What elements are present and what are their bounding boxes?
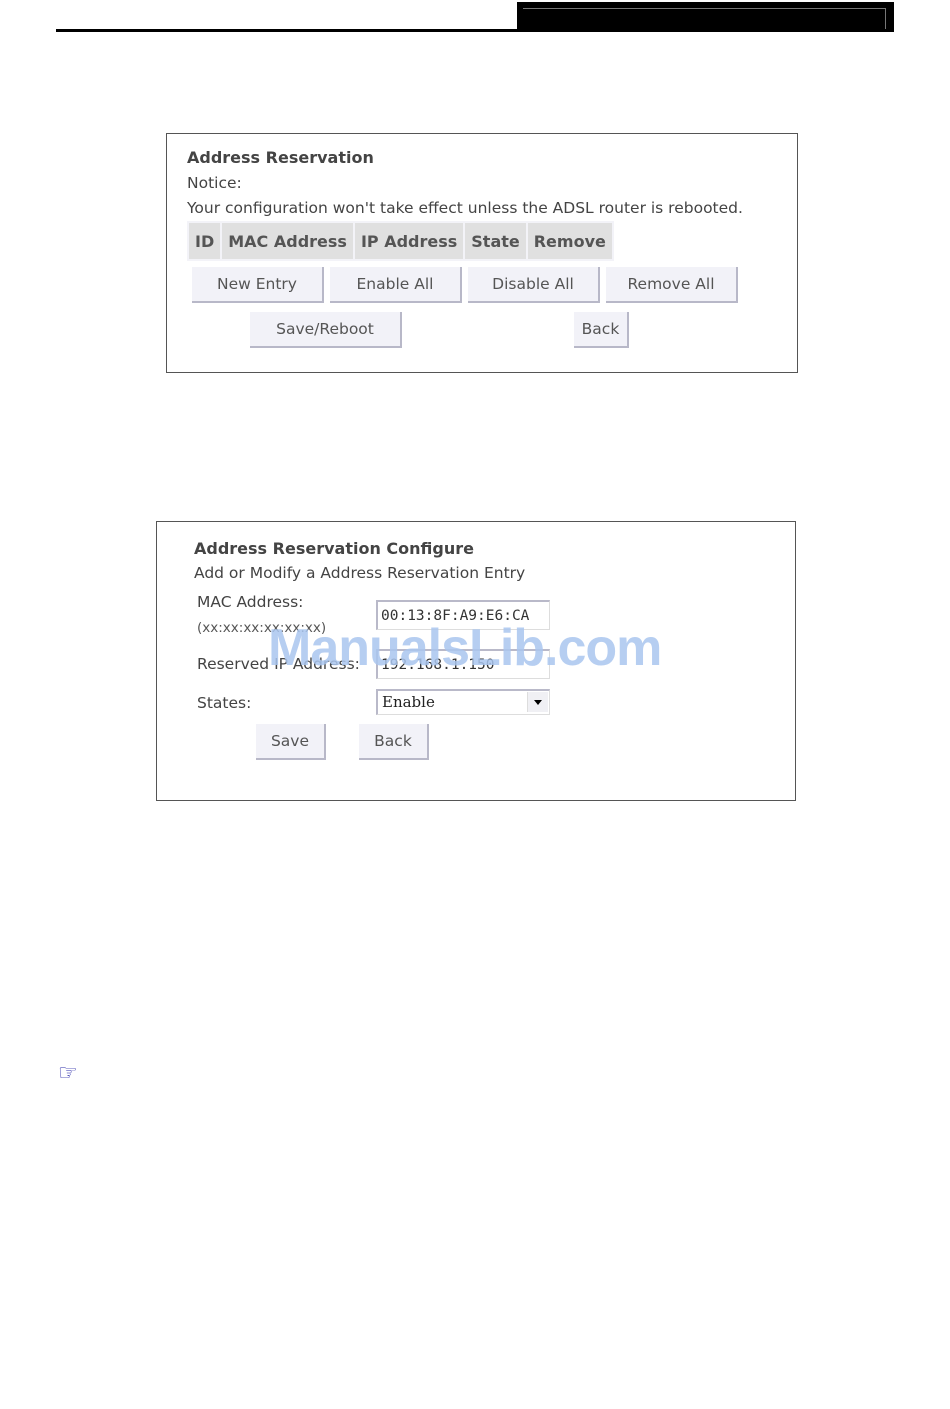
col-ip-address: IP Address [355, 223, 463, 259]
address-reservation-configure-panel: Address Reservation Configure Add or Mod… [156, 521, 796, 801]
remove-all-button[interactable]: Remove All [606, 267, 738, 303]
panel-title: Address Reservation Configure [194, 539, 474, 558]
reserved-ip-label: Reserved IP Address: [197, 655, 360, 673]
notice-label: Notice: [187, 174, 242, 192]
back-button[interactable]: Back [574, 312, 629, 348]
reservation-table: ID MAC Address IP Address State Remove [187, 221, 614, 261]
mac-format-hint: (xx:xx:xx:xx:xx:xx) [197, 620, 326, 636]
table-header-row: ID MAC Address IP Address State Remove [189, 223, 612, 259]
enable-all-button[interactable]: Enable All [330, 267, 462, 303]
panel-subtitle: Add or Modify a Address Reservation Entr… [194, 564, 525, 582]
save-button[interactable]: Save [256, 724, 326, 760]
col-mac-address: MAC Address [222, 223, 353, 259]
reserved-ip-input[interactable] [376, 649, 550, 679]
states-label: States: [197, 694, 251, 712]
states-selected-value: Enable [382, 693, 435, 711]
notice-text: Your configuration won't take effect unl… [187, 199, 743, 217]
mac-address-label: MAC Address: [197, 593, 303, 611]
save-reboot-button[interactable]: Save/Reboot [250, 312, 402, 348]
col-remove: Remove [528, 223, 612, 259]
header-rule [56, 29, 894, 32]
disable-all-button[interactable]: Disable All [468, 267, 600, 303]
panel-title: Address Reservation [187, 148, 374, 167]
mac-address-input[interactable] [376, 600, 550, 630]
back-button[interactable]: Back [359, 724, 429, 760]
states-select[interactable]: Enable [376, 689, 550, 715]
chevron-down-icon[interactable] [527, 692, 548, 712]
col-id: ID [189, 223, 220, 259]
header-black-block [517, 2, 894, 32]
pointing-hand-icon: ☞ [58, 1061, 78, 1086]
address-reservation-panel: Address Reservation Notice: Your configu… [166, 133, 798, 373]
new-entry-button[interactable]: New Entry [192, 267, 324, 303]
col-state: State [465, 223, 525, 259]
